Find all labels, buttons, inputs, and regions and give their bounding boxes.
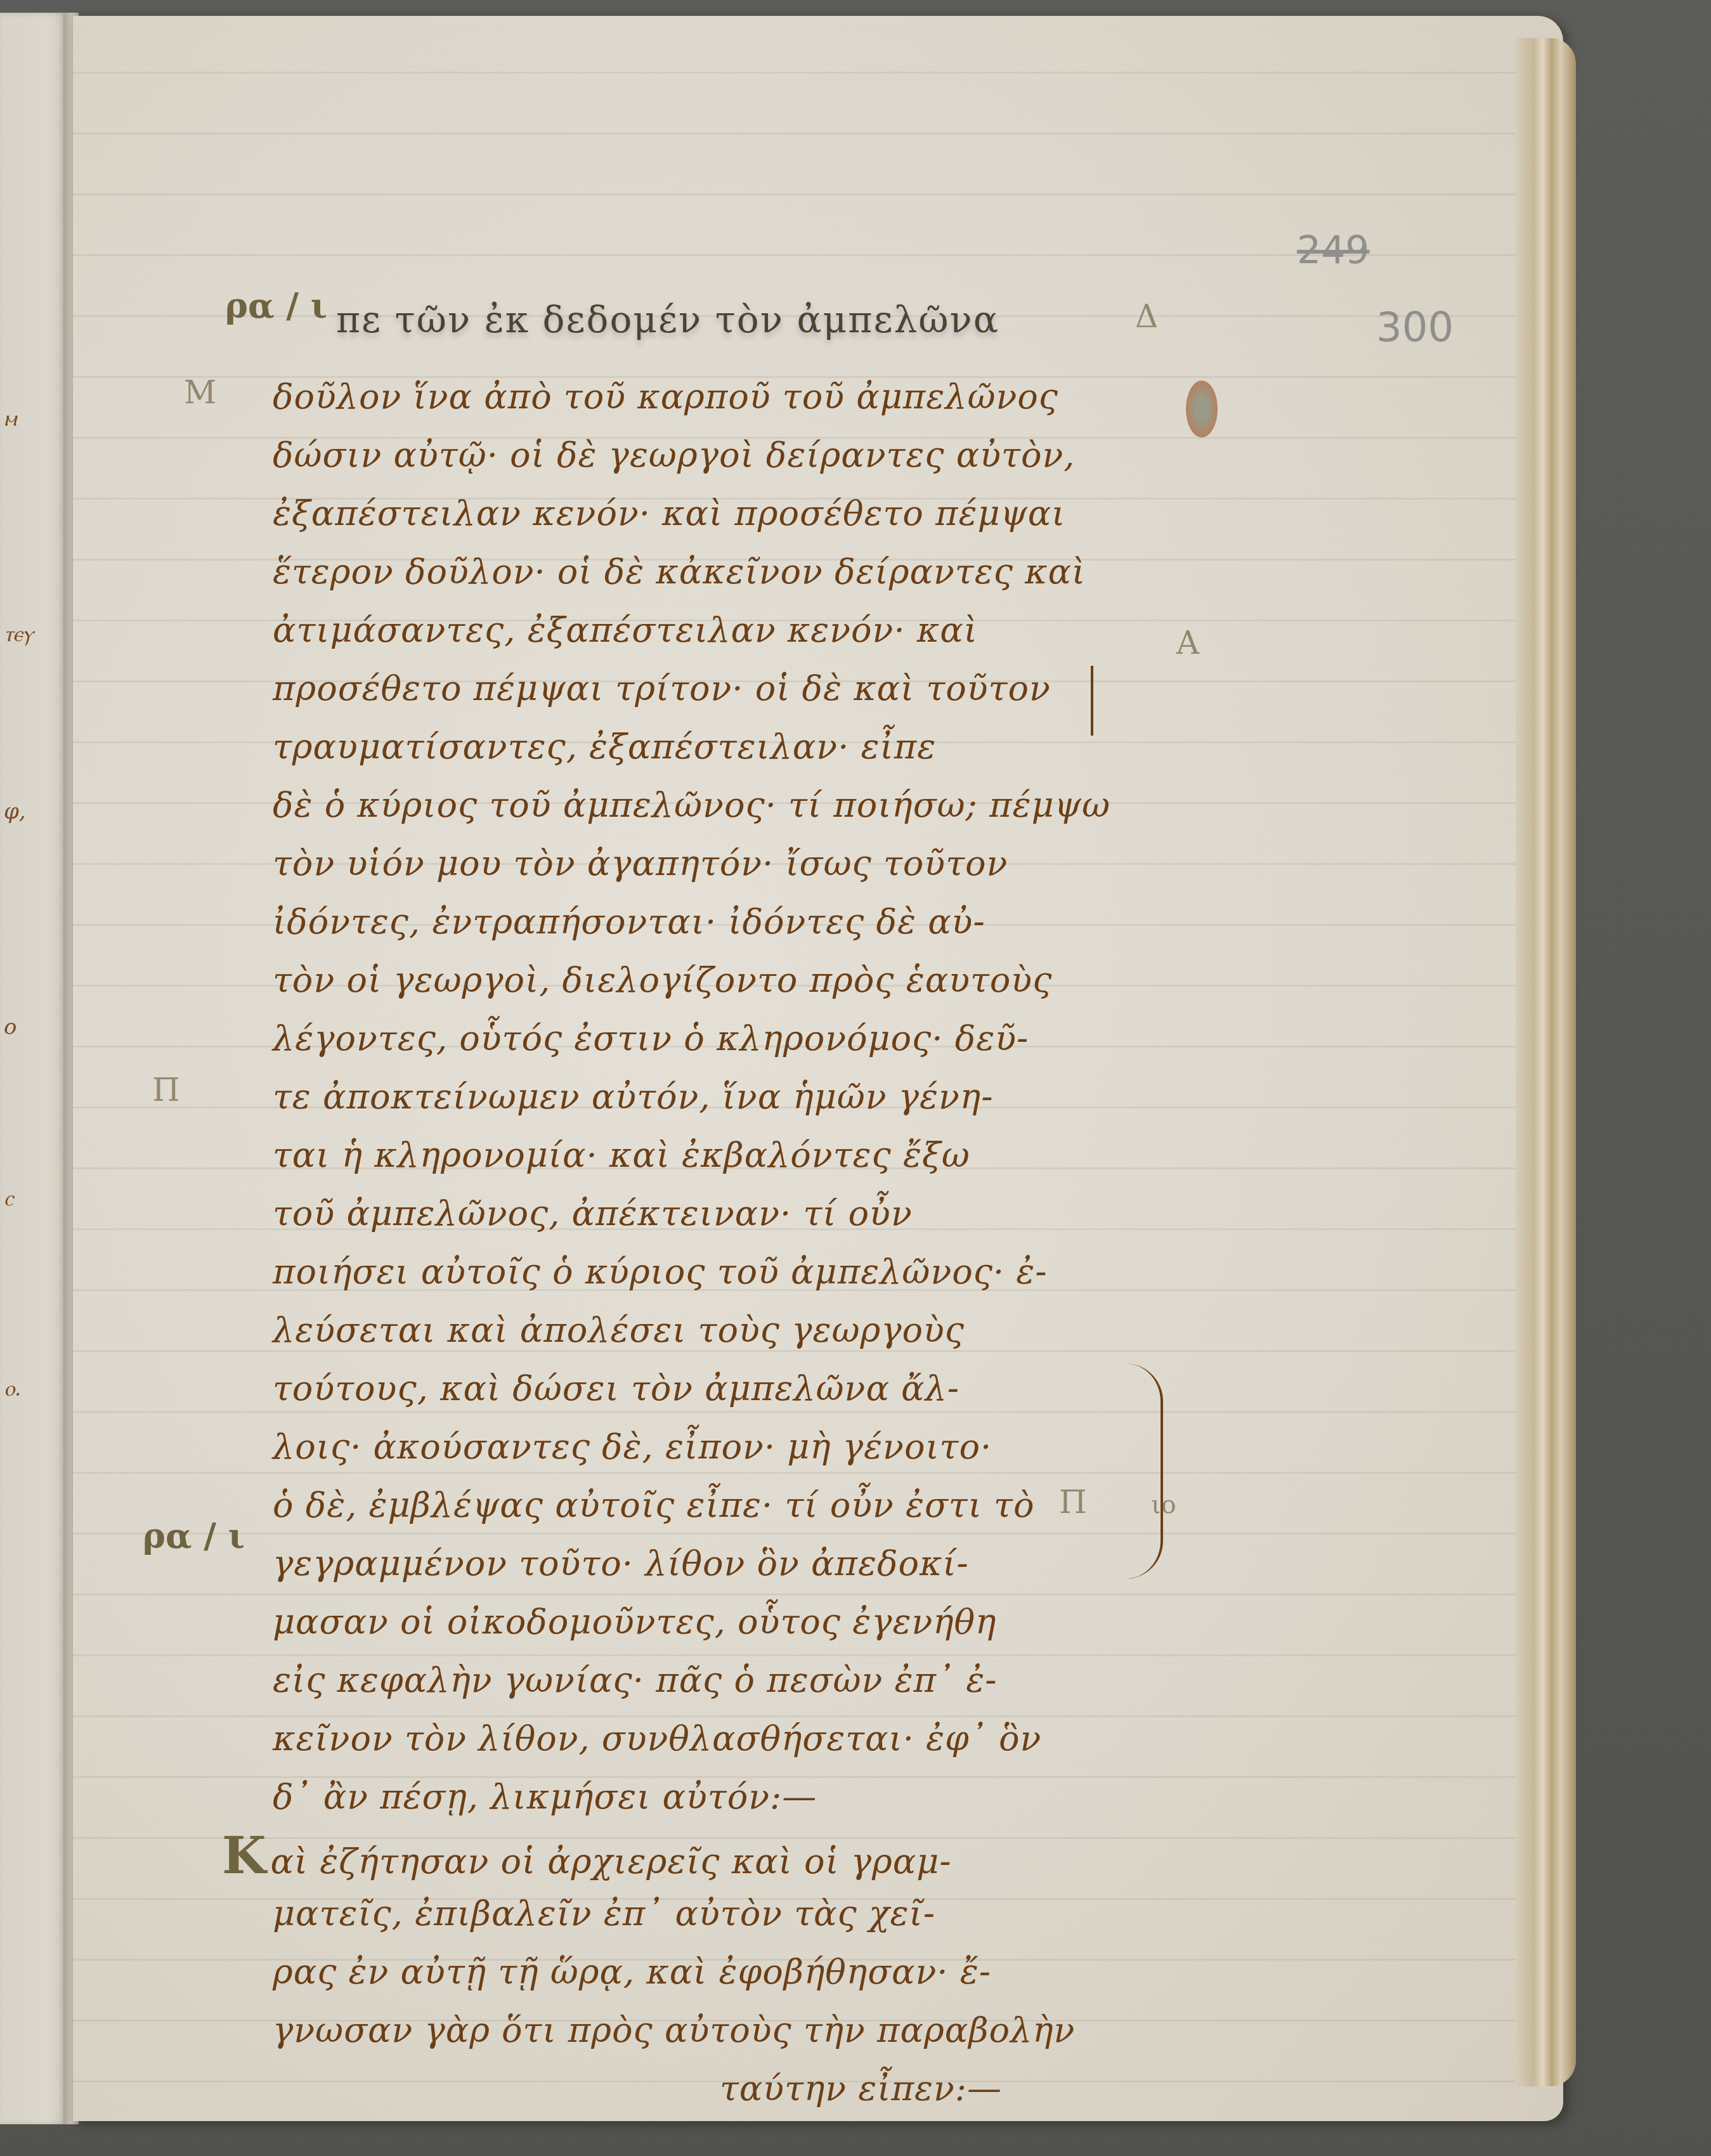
- text-line-final: ταύτην εἶπεν:—: [273, 2060, 1148, 2118]
- text-line: ματεῖς, ἐπιβαλεῖν ἐπ᾽ αὐτὸν τὰς χεῖ-: [273, 1885, 1148, 1943]
- text-line: ποιήσει αὐτοῖς ὁ κύριος τοῦ ἀμπελῶνος· ἐ…: [273, 1243, 1148, 1301]
- left-page-text-fragment: φ,: [4, 799, 26, 824]
- margin-mark: Δ: [1135, 298, 1158, 335]
- page-fore-edge: [1516, 38, 1576, 2086]
- text-line: γεγραμμένον τοῦτο· λίθον ὃν ἀπεδοκί-: [273, 1535, 1148, 1593]
- text-line: τραυματίσαντες, ἐξαπέστειλαν· εἶπε: [273, 718, 1148, 776]
- margin-mark: Π: [152, 1072, 180, 1108]
- text-line: λέγοντες, οὗτός ἐστιν ὁ κληρονόμος· δεῦ-: [273, 1010, 1148, 1068]
- text-line-with-initial: Καὶ ἐζήτησαν οἱ ἀρχιερεῖς καὶ οἱ γραμ-: [222, 1826, 1148, 1885]
- text-line: κεῖνον τὸν λίθον, συνθλασθήσεται· ἐφ᾽ ὃν: [273, 1710, 1148, 1768]
- text-line: ἀτιμάσαντες, ἐξαπέστειλαν κενόν· καὶ: [273, 601, 1148, 659]
- text-line: λεύσεται καὶ ἀπολέσει τοὺς γεωργοὺς: [273, 1301, 1148, 1360]
- text-line: μασαν οἱ οἰκοδομοῦντες, οὗτος ἐγενήθη: [273, 1593, 1148, 1651]
- ink-stain: [1186, 380, 1218, 438]
- text-line: προσέθετο πέμψαι τρίτον· οἱ δὲ καὶ τοῦτο…: [273, 659, 1148, 718]
- text-line: δὲ ὁ κύριος τοῦ ἀμπελῶνος· τί ποιήσω; πέ…: [273, 776, 1148, 834]
- left-page-text-fragment: ο: [4, 1015, 16, 1040]
- text-line: δ᾽ ἂν πέσῃ, λικμήσει αὐτόν:—: [273, 1768, 1148, 1826]
- left-page-text-fragment: ⲙ: [4, 406, 16, 431]
- decorated-initial: Κ: [222, 1826, 267, 1885]
- text-line: τούτους, καὶ δώσει τὸν ἀμπελῶνα ἄλ-: [273, 1360, 1148, 1418]
- main-text-block: δοῦλον ἵνα ἀπὸ τοῦ καρποῦ τοῦ ἀμπελῶνος …: [273, 368, 1148, 2118]
- text-span: αὶ ἐζήτησαν οἱ ἀρχιερεῖς καὶ οἱ γραμ-: [271, 1841, 952, 1881]
- left-page-edge: ⲙ ⲧⲉⲩ φ, ο ⲥ ⲟ.: [0, 13, 67, 2124]
- text-line: ἰδόντες, ἐντραπήσονται· ἰδόντες δὲ αὐ-: [273, 893, 1148, 951]
- text-line: ὁ δὲ, ἐμβλέψας αὐτοῖς εἶπε· τί οὖν ἐστι …: [273, 1476, 1148, 1535]
- text-line: γνωσαν γὰρ ὅτι πρὸς αὐτοὺς τὴν παραβολὴν: [273, 2001, 1148, 2060]
- folio-number-struck: 249: [1297, 228, 1370, 273]
- section-number-top: ρα / ι: [225, 285, 327, 326]
- text-line: τοῦ ἀμπελῶνος, ἀπέκτειναν· τί οὖν: [273, 1185, 1148, 1243]
- text-line: ται ἡ κληρονομία· καὶ ἐκβαλόντες ἔξω: [273, 1126, 1148, 1185]
- left-page-text-fragment: ⲧⲉⲩ: [4, 621, 33, 647]
- left-page-text-fragment: ⲟ.: [4, 1376, 21, 1401]
- text-line: τε ἀποκτείνωμεν αὐτόν, ἵνα ἡμῶν γένη-: [273, 1068, 1148, 1126]
- rubric-heading: πε τῶν ἐκ δεδομέν τὸν ἀμπελῶνα: [336, 298, 999, 341]
- text-line: δώσιν αὐτῷ· οἱ δὲ γεωργοὶ δείραντες αὐτὸ…: [273, 426, 1148, 484]
- text-line: ρας ἐν αὐτῇ τῇ ὥρᾳ, καὶ ἐφοβήθησαν· ἔ-: [273, 1943, 1148, 2001]
- text-line: εἰς κεφαλὴν γωνίας· πᾶς ὁ πεσὼν ἐπ᾽ ἐ-: [273, 1651, 1148, 1710]
- text-line: λοις· ἀκούσαντες δὲ, εἶπον· μὴ γένοιτο·: [273, 1418, 1148, 1476]
- text-line: δοῦλον ἵνα ἀπὸ τοῦ καρποῦ τοῦ ἀμπελῶνος: [273, 368, 1148, 426]
- text-line: τὸν οἱ γεωργοὶ, διελογίζοντο πρὸς ἑαυτοὺ…: [273, 951, 1148, 1010]
- section-number-bottom: ρα / ι: [143, 1516, 245, 1556]
- margin-mark: Μ: [184, 374, 216, 411]
- text-line: τὸν υἱόν μου τὸν ἀγαπητόν· ἴσως τοῦτον: [273, 834, 1148, 893]
- text-line: ἐξαπέστειλαν κενόν· καὶ προσέθετο πέμψαι: [273, 484, 1148, 543]
- margin-mark: Α: [1176, 625, 1199, 661]
- folio-number: 300: [1376, 304, 1454, 351]
- text-line: ἕτερον δοῦλον· οἱ δὲ κἀκεῖνον δείραντες …: [273, 543, 1148, 601]
- left-page-text-fragment: ⲥ: [4, 1186, 13, 1211]
